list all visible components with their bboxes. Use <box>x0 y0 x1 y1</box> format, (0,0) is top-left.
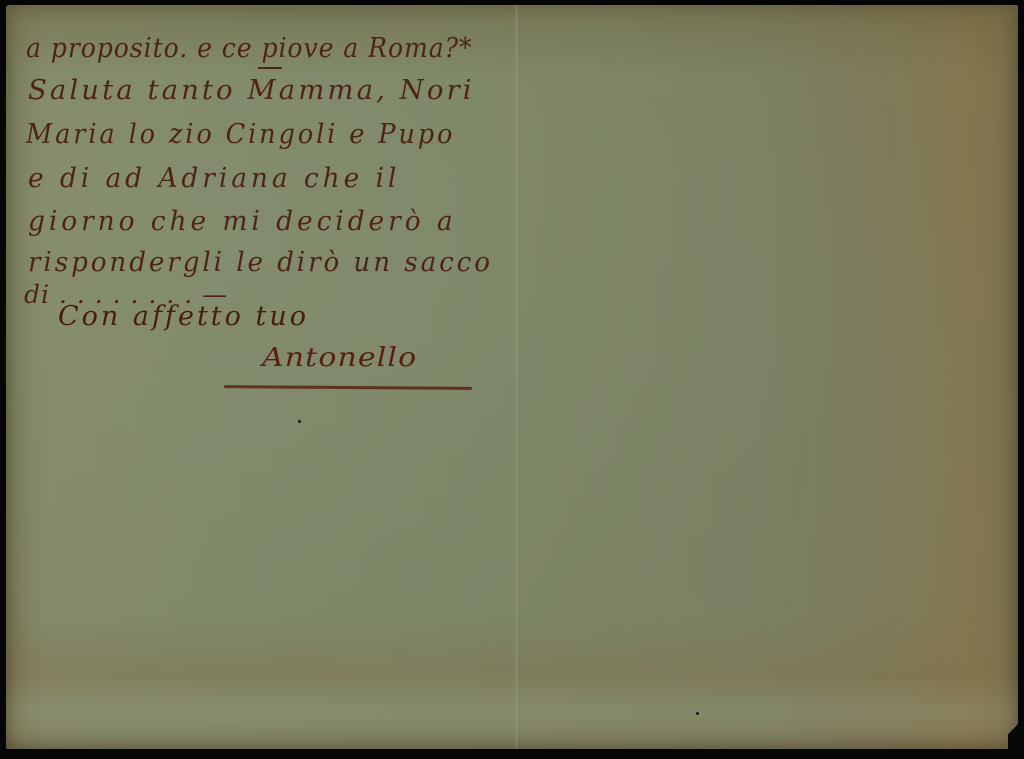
letter-line-3: Maria lo zio Cingoli e Pupo <box>26 119 455 150</box>
letter-line-1: a proposito. e ce piove a Roma?* <box>26 33 473 64</box>
word-underline-mark <box>258 67 282 69</box>
letter-line-4: e di ad Adriana che il <box>28 163 400 194</box>
signature-underline <box>224 385 472 390</box>
letter-signature: Antonello <box>262 343 417 373</box>
paper-speck <box>298 420 301 423</box>
letter-line-5: giorno che mi deciderò a <box>28 206 457 237</box>
letter-line-2: Saluta tanto Mamma, Nori <box>28 75 475 106</box>
letter-closing: Con affetto tuo <box>58 301 309 332</box>
letter-line-6: rispondergli le dirò un sacco <box>28 247 493 278</box>
paper-speck <box>696 712 699 715</box>
letter-paper: a proposito. e ce piove a Roma?* Saluta … <box>6 5 1018 749</box>
paper-torn-corner <box>1008 709 1018 749</box>
document-scan: a proposito. e ce piove a Roma?* Saluta … <box>0 0 1024 759</box>
paper-fold-line <box>515 5 518 749</box>
